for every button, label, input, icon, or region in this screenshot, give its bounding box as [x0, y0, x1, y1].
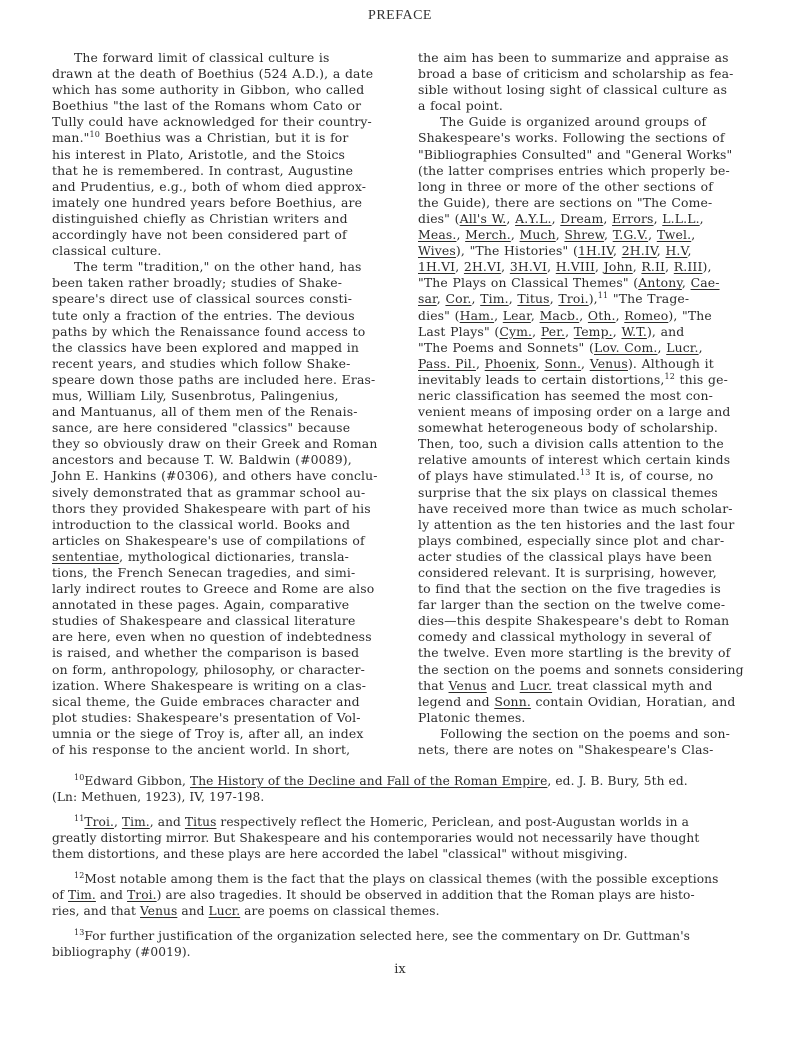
text-line: man."10 Boethius was a Christian, but it… [52, 130, 420, 146]
play-abbreviation: 3H.VI [510, 259, 547, 274]
footnote-marker: 11 [74, 814, 84, 823]
play-abbreviation: 2H.VI [464, 259, 501, 274]
play-abbreviation: L.L.L. [662, 211, 699, 226]
text-line: umnia or the siege of Troy is, after all… [52, 726, 420, 742]
play-abbreviation: 2H.IV [622, 243, 657, 258]
text-line: somewhat heterogeneous body of scholarsh… [418, 420, 790, 436]
text-line: considered relevant. It is surprising, h… [418, 565, 790, 581]
text-line: dies" (All's W., A.Y.L., Dream, Errors, … [418, 211, 790, 227]
text-line: and Prudentius, e.g., both of whom died … [52, 179, 420, 195]
footnote-13: 13For further justification of the organ… [52, 928, 792, 960]
text-line: of plays have stimulated.13 It is, of co… [418, 468, 790, 484]
text-line: Wives), "The Histories" (1H.IV, 2H.IV, H… [418, 243, 790, 259]
text-line: sance, are here considered "classics" be… [52, 420, 420, 436]
text-line: that Venus and Lucr. treat classical myt… [418, 678, 790, 694]
play-abbreviation: Tim. [68, 888, 96, 902]
text-line: which has some authority in Gibbon, who … [52, 82, 420, 98]
play-abbreviation: John [604, 259, 633, 274]
text-line: venient means of imposing order on a lar… [418, 404, 790, 420]
play-abbreviation: sar [418, 291, 437, 306]
text-line: paths by which the Renaissance found acc… [52, 324, 420, 340]
footnotes: 10Edward Gibbon, The History of the Decl… [52, 773, 792, 969]
play-abbreviation: Antony [638, 275, 682, 290]
text-line: recent years, and studies which follow S… [52, 356, 420, 372]
text-line: tions, the French Senecan tragedies, and… [52, 565, 420, 581]
text-line: of his response to the ancient world. In… [52, 742, 420, 758]
text-line: 12Most notable among them is the fact th… [52, 871, 792, 887]
text-line: tute only a fraction of the entries. The… [52, 308, 420, 324]
text-line: greatly distorting mirror. But Shakespea… [52, 830, 792, 846]
text-line: bibliography (#0019). [52, 944, 792, 960]
text-line: sical theme, the Guide embraces characte… [52, 694, 420, 710]
play-abbreviation: A.Y.L. [515, 211, 551, 226]
text-line: ly attention as the ten histories and th… [418, 517, 790, 533]
play-abbreviation: Oth. [588, 308, 616, 323]
text-line: his interest in Plato, Aristotle, and th… [52, 147, 420, 163]
play-abbreviation: Venus [449, 678, 487, 693]
footnote-marker: 11 [598, 291, 608, 300]
text-line: larly indirect routes to Greece and Rome… [52, 581, 420, 597]
text-line: the section on the poems and sonnets con… [418, 662, 790, 678]
text-line: ization. Where Shakespeare is writing on… [52, 678, 420, 694]
text-line: ries, and that Venus and Lucr. are poems… [52, 903, 792, 919]
text-line: speare's direct use of classical sources… [52, 291, 420, 307]
text-line: surprise that the six plays on classical… [418, 485, 790, 501]
play-abbreviation: W.T. [621, 324, 647, 339]
text-line: speare down those paths are included her… [52, 372, 420, 388]
text-line: sively demonstrated that as grammar scho… [52, 485, 420, 501]
play-abbreviation: Cae- [691, 275, 720, 290]
text-line: long in three or more of the other secti… [418, 179, 790, 195]
footnote-marker: 13 [580, 468, 590, 477]
text-line: Pass. Pil., Phoenix, Sonn., Venus). Alth… [418, 356, 790, 372]
play-abbreviation: 1H.IV [578, 243, 613, 258]
text-line: The Guide is organized around groups of [418, 114, 790, 130]
play-abbreviation: Lear [503, 308, 531, 323]
page-title: PREFACE [0, 8, 800, 24]
play-abbreviation: Temp. [574, 324, 613, 339]
text-line: the Guide), there are sections on "The C… [418, 195, 790, 211]
text-line: acter studies of the classical plays hav… [418, 549, 790, 565]
footnote-marker: 13 [74, 928, 84, 937]
text-line: been taken rather broadly; studies of Sh… [52, 275, 420, 291]
text-line: "The Poems and Sonnets" (Lov. Com., Lucr… [418, 340, 790, 356]
text-line: thors they provided Shakespeare with par… [52, 501, 420, 517]
text-line: introduction to the classical world. Boo… [52, 517, 420, 533]
play-abbreviation: Meas. [418, 227, 456, 242]
text-line: them distortions, and these plays are he… [52, 846, 792, 862]
text-line: Platonic themes. [418, 710, 790, 726]
play-abbreviation: Lucr. [209, 904, 241, 918]
play-abbreviation: Cor. [445, 291, 471, 306]
play-abbreviation: Much [520, 227, 556, 242]
play-abbreviation: Sonn. [494, 694, 531, 709]
text-line: legend and Sonn. contain Ovidian, Horati… [418, 694, 790, 710]
play-abbreviation: Tim. [122, 815, 150, 829]
text-line: sententiae, mythological dictionaries, t… [52, 549, 420, 565]
play-abbreviation: Dream [560, 211, 603, 226]
text-line: 13For further justification of the organ… [52, 928, 792, 944]
play-abbreviation: T.G.V. [613, 227, 648, 242]
text-line: nets, there are notes on "Shakespeare's … [418, 742, 790, 758]
play-abbreviation: H.VIII [556, 259, 595, 274]
play-abbreviation: Pass. Pil. [418, 356, 476, 371]
text-line: far larger than the section on the twelv… [418, 597, 790, 613]
play-abbreviation: H.V [665, 243, 687, 258]
text-line: is raised, and whether the comparison is… [52, 645, 420, 661]
text-line: Tully could have acknowledged for their … [52, 114, 420, 130]
text-line: dies" (Ham., Lear, Macb., Oth., Romeo), … [418, 308, 790, 324]
play-abbreviation: Errors [612, 211, 654, 226]
text-line: 11Troi., Tim., and Titus respectively re… [52, 814, 792, 830]
text-line: ancestors and because T. W. Baldwin (#00… [52, 452, 420, 468]
text-line: a focal point. [418, 98, 790, 114]
text-line: distinguished chiefly as Christian write… [52, 211, 420, 227]
text-line: inevitably leads to certain distortions,… [418, 372, 790, 388]
play-abbreviation: Cym. [499, 324, 532, 339]
text-line: The forward limit of classical culture i… [52, 50, 420, 66]
play-abbreviation: Twel. [657, 227, 691, 242]
play-abbreviation: Shrew [564, 227, 604, 242]
text-line: classical culture. [52, 243, 420, 259]
text-line: imately one hundred years before Boethiu… [52, 195, 420, 211]
play-abbreviation: Titus [185, 815, 217, 829]
text-line: they so obviously draw on their Greek an… [52, 436, 420, 452]
play-abbreviation: Troi. [84, 815, 114, 829]
text-line: plays combined, especially since plot an… [418, 533, 790, 549]
play-abbreviation: Titus [517, 291, 549, 306]
text-line: on form, anthropology, philosophy, or ch… [52, 662, 420, 678]
text-line: studies of Shakespeare and classical lit… [52, 613, 420, 629]
play-abbreviation: Lucr. [520, 678, 552, 693]
play-abbreviation: Ham. [460, 308, 494, 323]
text-line: Following the section on the poems and s… [418, 726, 790, 742]
text-line: sible without losing sight of classical … [418, 82, 790, 98]
play-abbreviation: sententiae [52, 549, 119, 564]
footnote-marker: 12 [74, 871, 84, 880]
play-abbreviation: Venus [590, 356, 628, 371]
right-column-text: the aim has been to summarize and apprai… [418, 50, 790, 758]
footnote-marker: 12 [664, 372, 674, 381]
footnote-11: 11Troi., Tim., and Titus respectively re… [52, 814, 792, 862]
text-line: and Mantuanus, all of them men of the Re… [52, 404, 420, 420]
text-line: the twelve. Even more startling is the b… [418, 645, 790, 661]
text-line: are here, even when no question of indeb… [52, 629, 420, 645]
text-line: (the latter comprises entries which prop… [418, 163, 790, 179]
text-line: that he is remembered. In contrast, Augu… [52, 163, 420, 179]
play-abbreviation: Sonn. [544, 356, 581, 371]
text-line: to find that the section on the five tra… [418, 581, 790, 597]
play-abbreviation: Lucr. [666, 340, 698, 355]
left-column-text: The forward limit of classical culture i… [52, 50, 420, 758]
play-abbreviation: All's W. [460, 211, 507, 226]
text-line: annotated in these pages. Again, compara… [52, 597, 420, 613]
text-line: plot studies: Shakespeare's presentation… [52, 710, 420, 726]
text-line: Meas., Merch., Much, Shrew, T.G.V., Twel… [418, 227, 790, 243]
play-abbreviation: Wives [418, 243, 456, 258]
play-abbreviation: Venus [140, 904, 177, 918]
text-line: Then, too, such a division calls attenti… [418, 436, 790, 452]
footnote-marker: 10 [74, 773, 84, 782]
text-line: of Tim. and Troi.) are also tragedies. I… [52, 887, 792, 903]
text-line: The term "tradition," on the other hand,… [52, 259, 420, 275]
text-line: mus, William Lily, Susenbrotus, Palingen… [52, 388, 420, 404]
play-abbreviation: The History of the Decline and Fall of t… [190, 774, 547, 788]
play-abbreviation: R.III [674, 259, 703, 274]
text-line: neric classification has seemed the most… [418, 388, 790, 404]
text-line: accordingly have not been considered par… [52, 227, 420, 243]
footnote-10: 10Edward Gibbon, The History of the Decl… [52, 773, 792, 805]
play-abbreviation: Lov. Com. [594, 340, 658, 355]
text-line: (Ln: Methuen, 1923), IV, 197-198. [52, 789, 792, 805]
play-abbreviation: R.II [641, 259, 665, 274]
text-line: Shakespeare's works. Following the secti… [418, 130, 790, 146]
play-abbreviation: Troi. [558, 291, 588, 306]
text-line: "Bibliographies Consulted" and "General … [418, 147, 790, 163]
text-line: relative amounts of interest which certa… [418, 452, 790, 468]
text-line: "The Plays on Classical Themes" (Antony,… [418, 275, 790, 291]
text-line: John E. Hankins (#0306), and others have… [52, 468, 420, 484]
footnote-12: 12Most notable among them is the fact th… [52, 871, 792, 919]
text-line: Boethius "the last of the Romans whom Ca… [52, 98, 420, 114]
text-line: have received more than twice as much sc… [418, 501, 790, 517]
text-line: sar, Cor., Tim., Titus, Troi.),11 "The T… [418, 291, 790, 307]
play-abbreviation: Phoenix [485, 356, 536, 371]
page-number: ix [0, 962, 800, 977]
text-line: drawn at the death of Boethius (524 A.D.… [52, 66, 420, 82]
text-line: 1H.VI, 2H.VI, 3H.VI, H.VIII, John, R.II,… [418, 259, 790, 275]
text-line: dies—this despite Shakespeare's debt to … [418, 613, 790, 629]
text-line: Last Plays" (Cym., Per., Temp., W.T.), a… [418, 324, 790, 340]
play-abbreviation: 1H.VI [418, 259, 455, 274]
text-line: broad a base of criticism and scholarshi… [418, 66, 790, 82]
play-abbreviation: Merch. [465, 227, 511, 242]
play-abbreviation: Per. [541, 324, 565, 339]
play-abbreviation: Tim. [480, 291, 509, 306]
play-abbreviation: Romeo [624, 308, 668, 323]
text-line: 10Edward Gibbon, The History of the Decl… [52, 773, 792, 789]
play-abbreviation: Troi. [127, 888, 157, 902]
play-abbreviation: Macb. [540, 308, 580, 323]
footnote-marker: 10 [90, 130, 100, 139]
text-line: the aim has been to summarize and apprai… [418, 50, 790, 66]
text-line: comedy and classical mythology in severa… [418, 629, 790, 645]
text-line: the classics have been explored and mapp… [52, 340, 420, 356]
text-line: articles on Shakespeare's use of compila… [52, 533, 420, 549]
